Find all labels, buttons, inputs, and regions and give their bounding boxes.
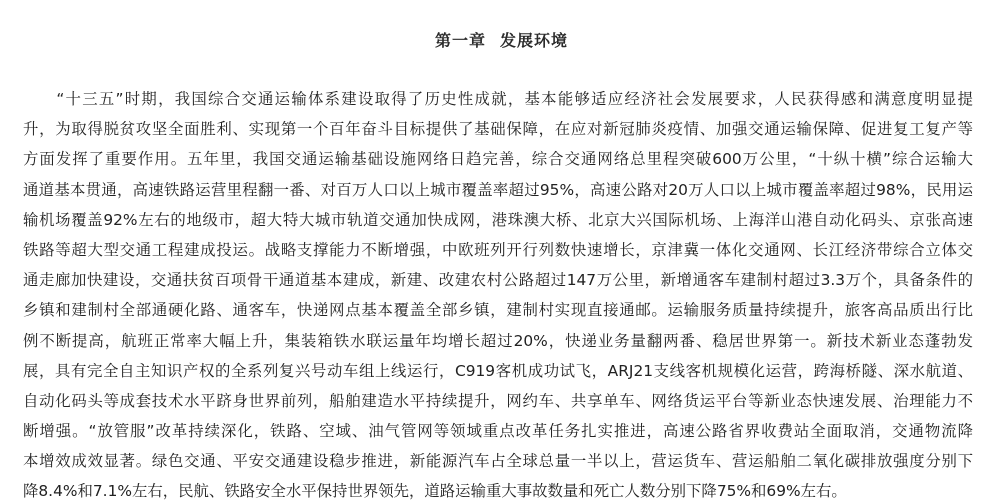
paragraph-line: 通道基本贯通，高速铁路运营里程翻一番、对百万人口以上城市覆盖率超过95%，高速公… xyxy=(23,175,973,205)
paragraph-line: “十三五”时期，我国综合交通运输体系建设取得了历史性成就，基本能够适应经济社会发… xyxy=(23,84,973,114)
chapter-heading: 第一章发展环境 xyxy=(0,28,1003,51)
paragraph-line: 自动化码头等成套技术水平跻身世界前列，船舶建造水平持续提升，网约车、共享单车、网… xyxy=(23,386,973,416)
paragraph-line: 展，具有完全自主知识产权的全系列复兴号动车组上线运行，C919客机成功试飞，AR… xyxy=(23,356,973,386)
paragraph-line: 铁路等超大型交通工程建成投运。战略支撑能力不断增强，中欧班列开行列数快速增长，京… xyxy=(23,235,973,265)
chapter-paragraph: “十三五”时期，我国综合交通运输体系建设取得了历史性成就，基本能够适应经济社会发… xyxy=(23,84,973,503)
paragraph-line: 方面发挥了重要作用。五年里，我国交通运输基础设施网络日趋完善，综合交通网络总里程… xyxy=(23,144,973,174)
paragraph-line: 乡镇和建制村全部通硬化路、通客车，快递网点基本覆盖全部乡镇，建制村实现直接通邮。… xyxy=(23,295,973,325)
paragraph-line: 升，为取得脱贫攻坚全面胜利、实现第一个百年奋斗目标提供了基础保障，在应对新冠肺炎… xyxy=(23,114,973,144)
paragraph-line: 本增效成效显著。绿色交通、平安交通建设稳步推进，新能源汽车占全球总量一半以上，营… xyxy=(23,446,973,476)
chapter-number: 第一章 xyxy=(435,31,486,50)
paragraph-line: 例不断提高，航班正常率大幅上升，集装箱铁水联运量年均增长超过20%，快递业务量翻… xyxy=(23,326,973,356)
paragraph-line: 输机场覆盖92%左右的地级市，超大特大城市轨道交通加快成网，港珠澳大桥、北京大兴… xyxy=(23,205,973,235)
paragraph-line: 通走廊加快建设，交通扶贫百项骨干通道基本建成，新建、改建农村公路超过147万公里… xyxy=(23,265,973,295)
paragraph-line: 降8.4%和7.1%左右，民航、铁路安全水平保持世界领先，道路运输重大事故数量和… xyxy=(23,476,973,503)
paragraph-line: 断增强。“放管服”改革持续深化，铁路、空域、油气管网等领域重点改革任务扎实推进，… xyxy=(23,416,973,446)
chapter-title: 发展环境 xyxy=(500,31,568,50)
